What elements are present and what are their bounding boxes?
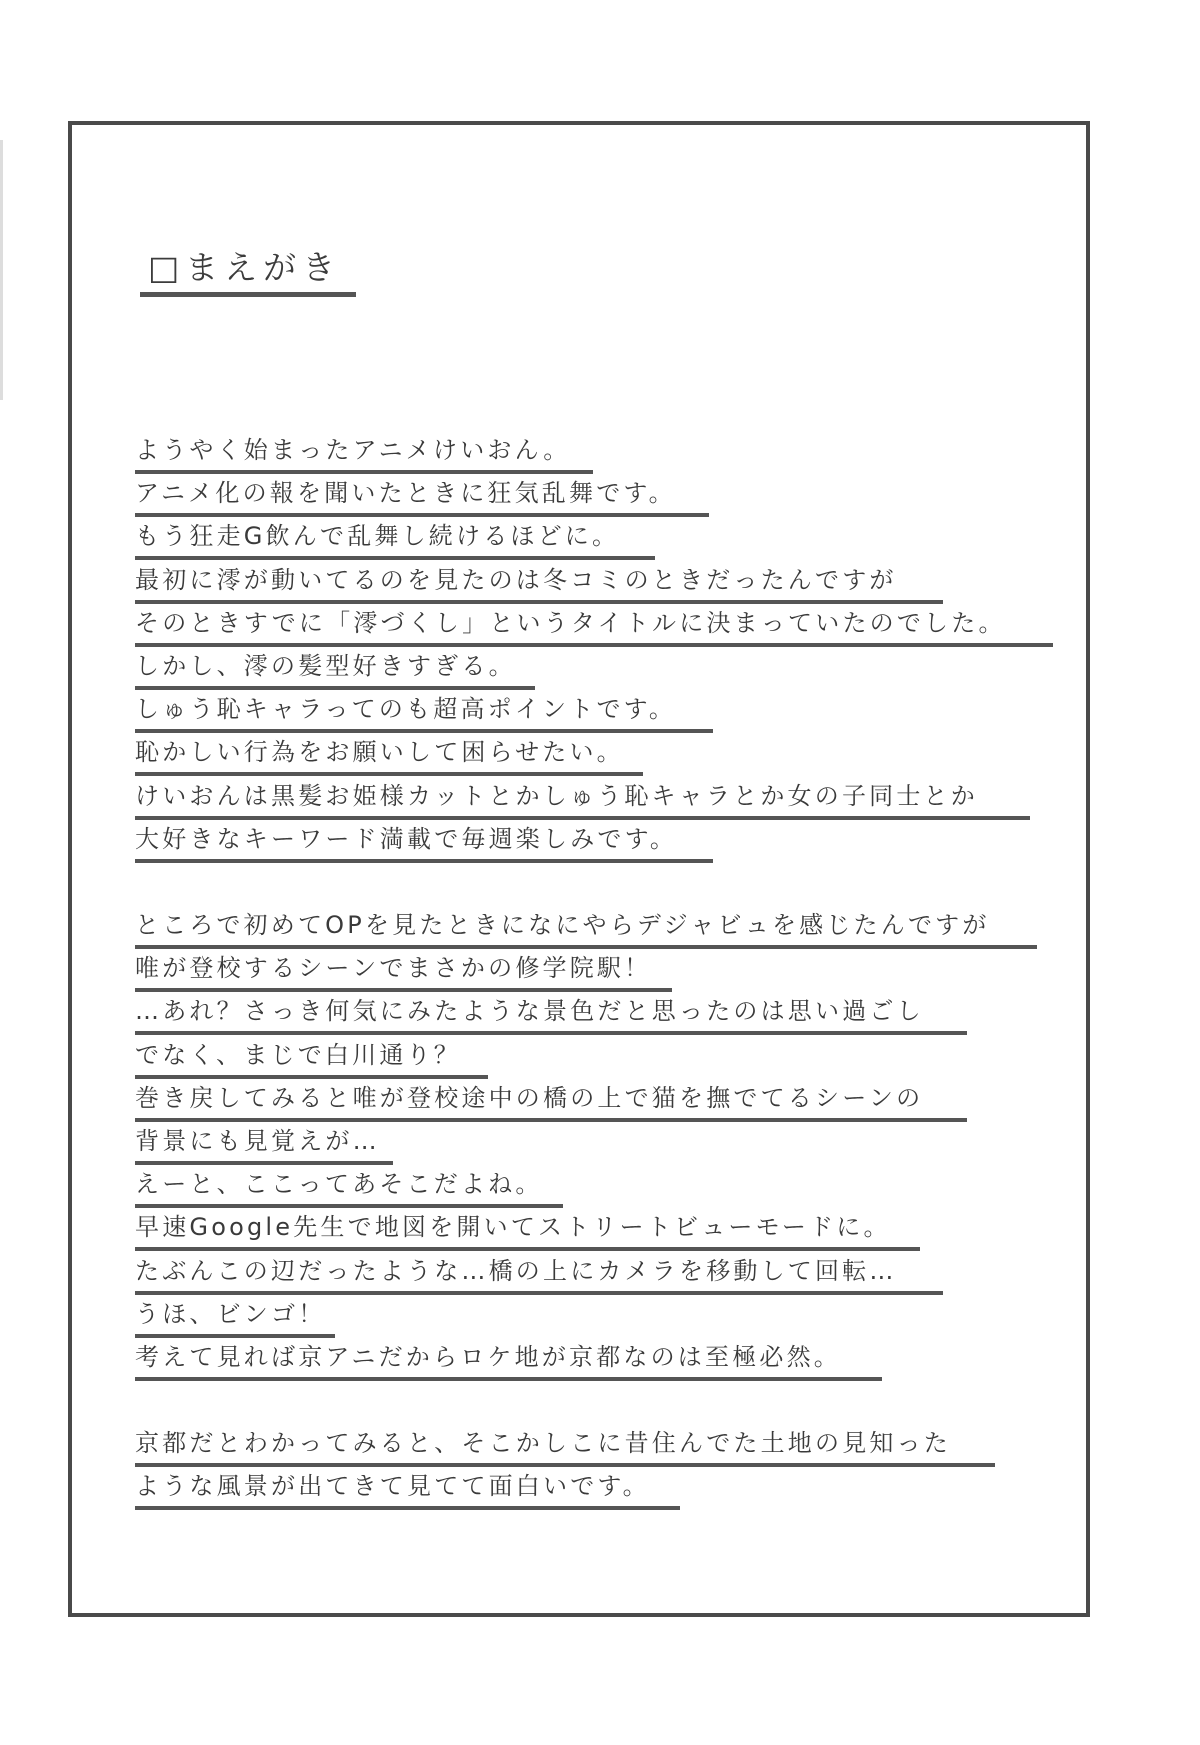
line-text: うほ、ビンゴ！ xyxy=(135,1300,325,1328)
line-underline xyxy=(135,1377,882,1381)
text-line: うほ、ビンゴ！ xyxy=(135,1295,325,1338)
text-line: たぶんこの辺だったような…橋の上にカメラを移動して回転… xyxy=(135,1252,897,1295)
line-text: 巻き戻してみると唯が登校途中の橋の上で猫を撫でてるシーンの xyxy=(135,1084,923,1112)
line-text: しかし、澪の髪型好きすぎる。 xyxy=(135,652,516,680)
text-line: …あれ？さっき何気にみたような景色だと思ったのは思い過ごし xyxy=(135,992,924,1035)
text-line: そのときすでに「澪づくし」というタイトルに決まっていたのでした。 xyxy=(135,604,1006,647)
line-text: 早速Google先生で地図を開いてストリートビューモードに。 xyxy=(135,1213,891,1241)
text-line: しかし、澪の髪型好きすぎる。 xyxy=(135,647,516,690)
line-underline xyxy=(135,859,713,863)
text-line: ようやく始まったアニメけいおん。 xyxy=(135,431,570,474)
text-line: けいおんは黒髪お姫様カットとかしゅう恥キャラとか女の子同士とか xyxy=(135,777,978,820)
line-text: 大好きなキーワード満載で毎週楽しみです。 xyxy=(135,825,677,853)
line-text: …あれ？さっき何気にみたような景色だと思ったのは思い過ごし xyxy=(135,997,924,1025)
text-line: しゅう恥キャラってのも超高ポイントです。 xyxy=(135,690,676,733)
line-text: そのときすでに「澪づくし」というタイトルに決まっていたのでした。 xyxy=(135,609,1006,637)
text-line: 京都だとわかってみると、そこかしこに昔住んでた土地の見知った xyxy=(135,1424,951,1467)
line-text: 唯が登校するシーンでまさかの修学院駅！ xyxy=(135,954,651,982)
text-line: 早速Google先生で地図を開いてストリートビューモードに。 xyxy=(135,1208,891,1251)
line-text: たぶんこの辺だったような…橋の上にカメラを移動して回転… xyxy=(135,1257,897,1285)
line-text: けいおんは黒髪お姫様カットとかしゅう恥キャラとか女の子同士とか xyxy=(135,782,978,810)
line-text: アニメ化の報を聞いたときに狂気乱舞です。 xyxy=(135,479,676,507)
text-line: 唯が登校するシーンでまさかの修学院駅！ xyxy=(135,949,651,992)
text-line: ところで初めてOPを見たときになにやらデジャビュを感じたんですが xyxy=(135,906,990,949)
line-text: 恥かしい行為をお願いして困らせたい。 xyxy=(135,738,624,766)
text-line: ような風景が出てきて見てて面白いです。 xyxy=(135,1467,650,1510)
text-line: でなく、まじで白川通り？ xyxy=(135,1036,461,1079)
text-line: もう狂走G飲んで乱舞し続けるほどに。 xyxy=(135,517,619,560)
line-text: 最初に澪が動いてるのを見たのは冬コミのときだったんですが xyxy=(135,566,897,594)
text-line: えーと、ここってあそこだよね。 xyxy=(135,1165,543,1208)
line-text: もう狂走G飲んで乱舞し続けるほどに。 xyxy=(135,522,619,550)
line-text: えーと、ここってあそこだよね。 xyxy=(135,1170,543,1198)
line-text: 背景にも見覚えが… xyxy=(135,1127,380,1155)
line-text: 京都だとわかってみると、そこかしこに昔住んでた土地の見知った xyxy=(135,1429,951,1457)
scan-edge-mark xyxy=(0,140,3,400)
text-line: 恥かしい行為をお願いして困らせたい。 xyxy=(135,733,624,776)
page-heading: □まえがき xyxy=(148,242,341,289)
line-text: でなく、まじで白川通り？ xyxy=(135,1041,461,1069)
text-line: アニメ化の報を聞いたときに狂気乱舞です。 xyxy=(135,474,676,517)
text-line: 大好きなキーワード満載で毎週楽しみです。 xyxy=(135,820,677,863)
line-underline xyxy=(135,1506,680,1510)
text-line: 巻き戻してみると唯が登校途中の橋の上で猫を撫でてるシーンの xyxy=(135,1079,923,1122)
text-line: 考えて見れば京アニだからロケ地が京都なのは至極必然。 xyxy=(135,1338,841,1381)
line-text: ようやく始まったアニメけいおん。 xyxy=(135,436,570,464)
line-text: ところで初めてOPを見たときになにやらデジャビュを感じたんですが xyxy=(135,911,990,939)
heading-underline xyxy=(140,292,356,297)
text-line: 背景にも見覚えが… xyxy=(135,1122,380,1165)
text-line: 最初に澪が動いてるのを見たのは冬コミのときだったんですが xyxy=(135,561,897,604)
line-text: 考えて見れば京アニだからロケ地が京都なのは至極必然。 xyxy=(135,1343,841,1371)
line-text: しゅう恥キャラってのも超高ポイントです。 xyxy=(135,695,676,723)
line-text: ような風景が出てきて見てて面白いです。 xyxy=(135,1472,650,1500)
page-border-frame xyxy=(68,121,1090,1617)
